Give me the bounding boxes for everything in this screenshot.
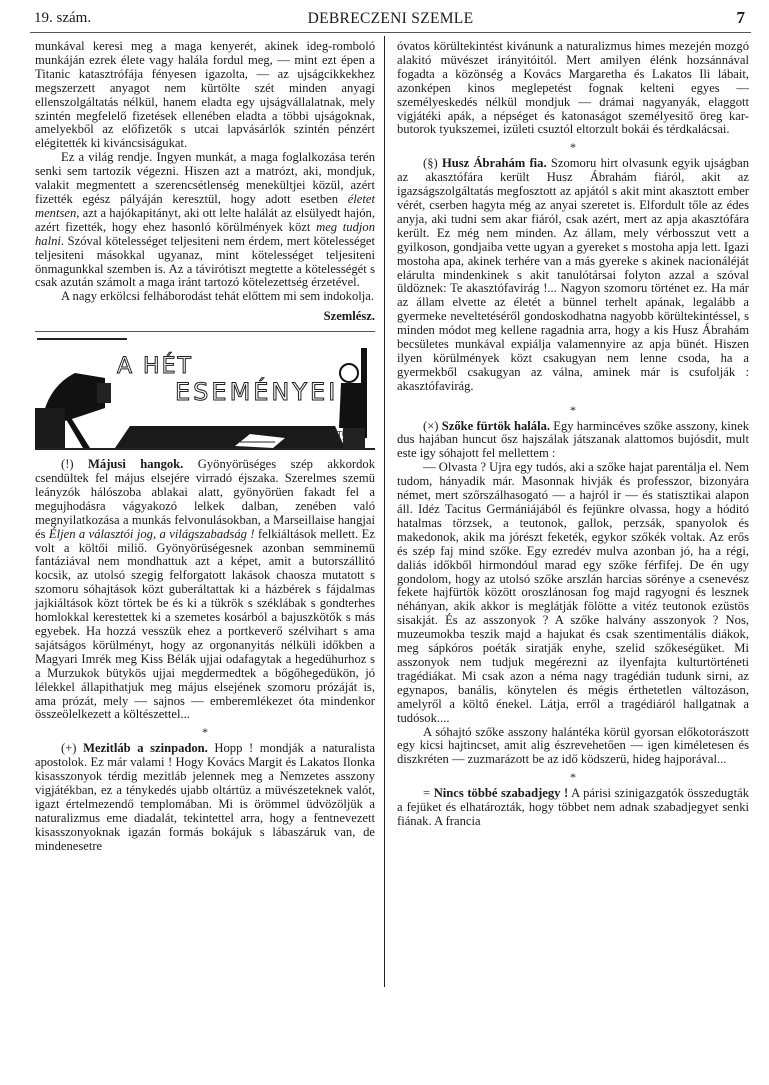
banner-title-line2: ESEMÉNYEI bbox=[175, 386, 338, 400]
publication-title: DEBRECZENI SZEMLE bbox=[30, 10, 751, 28]
intro-paragraph: munkával keresi meg a maga kenyerét, aki… bbox=[35, 40, 375, 151]
article-husz-abraham: (§) Husz Ábrahám fia. Szomoru hirt olvas… bbox=[397, 157, 749, 393]
section-separator-star: * bbox=[397, 141, 749, 155]
article-mezitlab: (+) Mezitláb a szinpadon. Hopp ! mondják… bbox=[35, 742, 375, 853]
right-column: óvatos körültekintést kivánunk a natural… bbox=[397, 40, 749, 829]
column-divider bbox=[384, 36, 385, 987]
section-banner-illustration: A HÉT ESEMÉNYEI TÓTH1912 bbox=[35, 338, 375, 450]
article-continuation: óvatos körültekintést kivánunk a natural… bbox=[397, 40, 749, 137]
article-szoke-furtok-quote: — Olvasta ? Ujra egy tudós, aki a szőke … bbox=[397, 461, 749, 725]
page-header: 19. szám. DEBRECZENI SZEMLE 7 bbox=[30, 4, 751, 28]
banner-artist-signature: TÓTH1912 bbox=[328, 430, 347, 446]
author-signature: Szemlész. bbox=[35, 310, 375, 324]
paragraph-world-order: Ez a világ rendje. Ingyen munkát, a maga… bbox=[35, 151, 375, 290]
article-majusi-hangok: (!) Májusi hangok. Gyönyörüséges szép ak… bbox=[35, 458, 375, 722]
section-separator-star: * bbox=[397, 771, 749, 785]
left-column: munkával keresi meg a maga kenyerét, aki… bbox=[35, 40, 375, 854]
article-szabadjegy: = Nincs többé szabadjegy ! A párisi szin… bbox=[397, 787, 749, 829]
section-rule bbox=[35, 331, 375, 332]
header-rule bbox=[30, 32, 751, 33]
banner-title-line1: A HÉT bbox=[117, 360, 193, 374]
section-separator-star: * bbox=[35, 726, 375, 740]
paragraph-conclusion: A nagy erkölcsi felháborodást tehát előt… bbox=[35, 290, 375, 304]
article-szoke-furtok-closing: A sóhajtó szőke asszony halántéka körül … bbox=[397, 726, 749, 768]
page-number: 7 bbox=[737, 8, 746, 28]
article-szoke-furtok: (×) Szőke fürtök halála. Egy harmincéves… bbox=[397, 420, 749, 462]
section-separator-star: * bbox=[397, 404, 749, 418]
